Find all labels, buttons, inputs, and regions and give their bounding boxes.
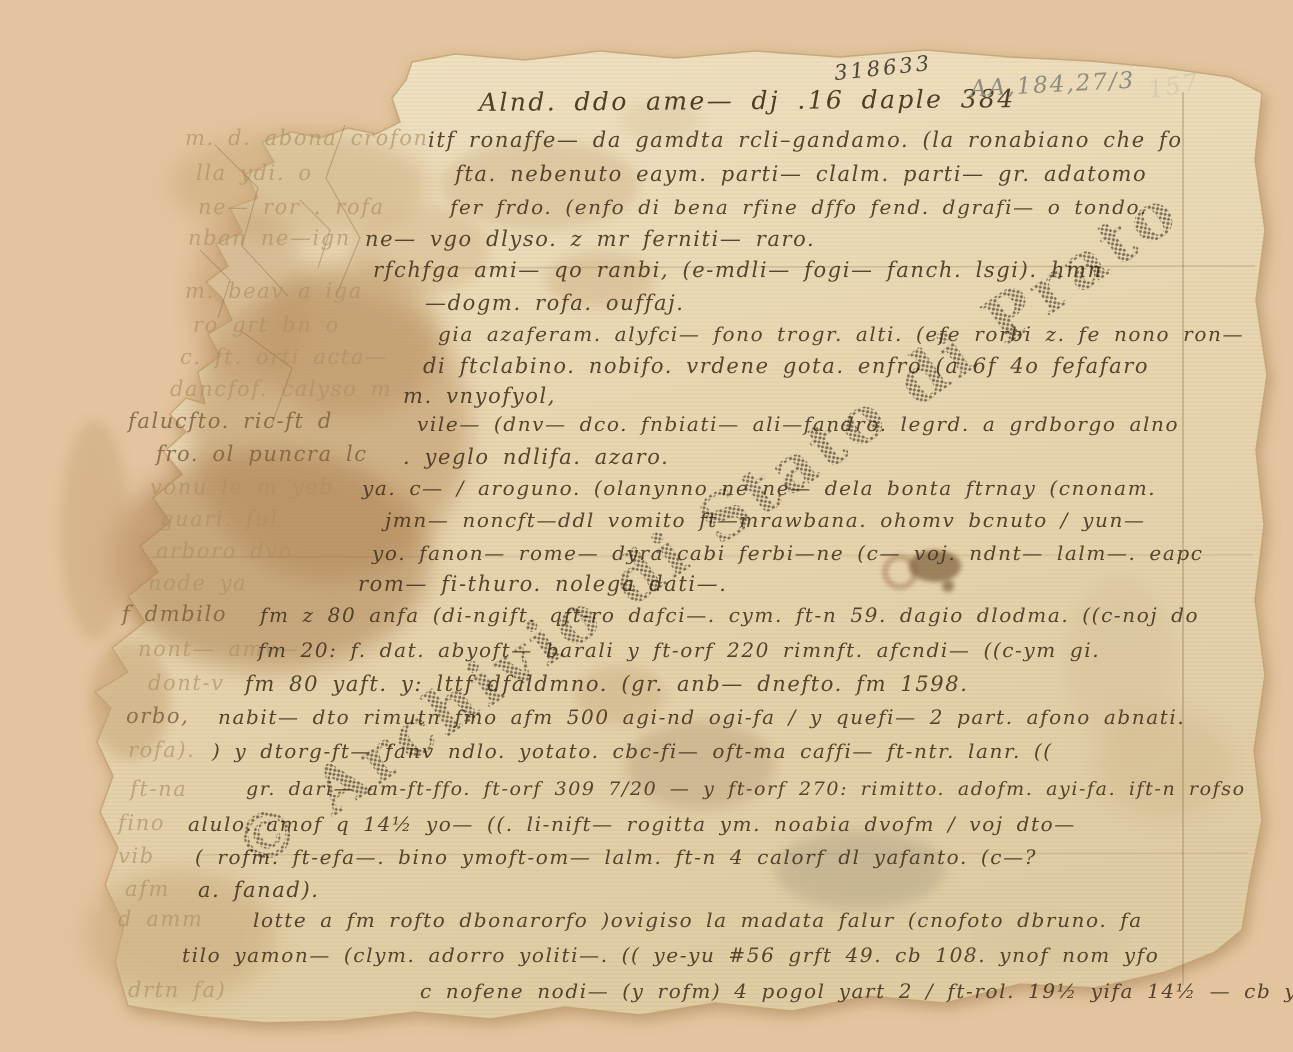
archive-marks: 318633 AA,184,27/3 157	[0, 0, 1293, 1052]
shelfmark-pencil: AA,184,27/3	[969, 68, 1136, 103]
faint-number-pencil: 157	[1146, 68, 1202, 105]
manuscript-scan: Alnd. ddo ame— dj .16 daple 384 m. d. ab…	[0, 0, 1293, 1052]
inventory-number: 318633	[833, 51, 933, 85]
